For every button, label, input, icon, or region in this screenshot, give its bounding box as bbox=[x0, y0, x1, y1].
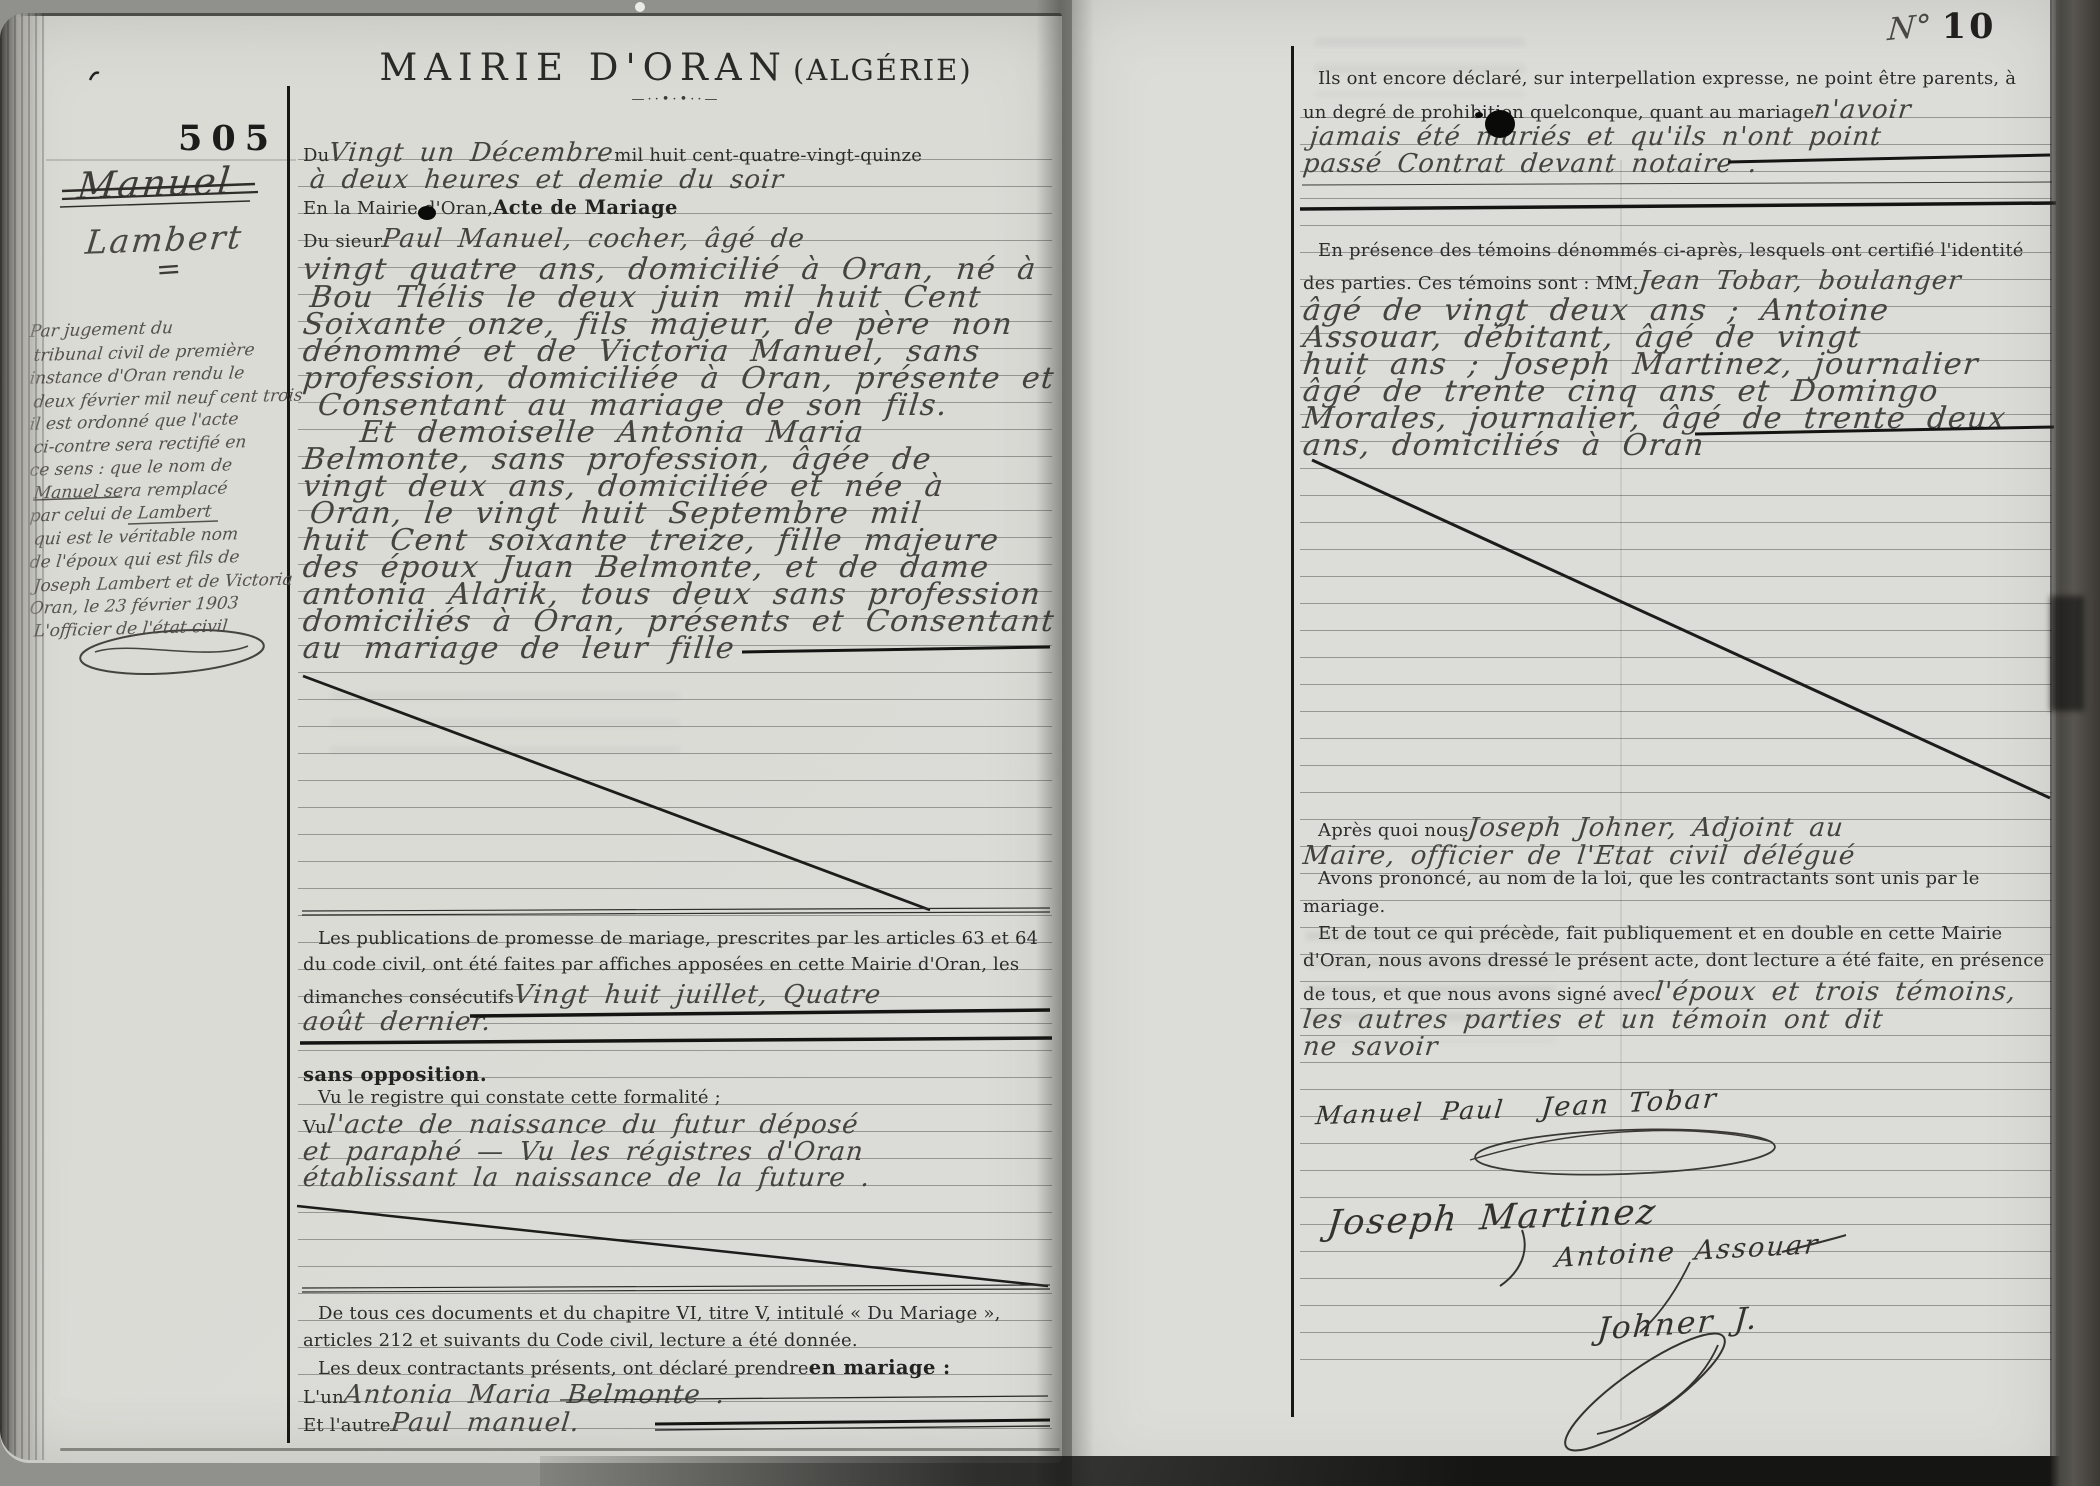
handwritten-text: Paul manuel. bbox=[389, 1408, 581, 1438]
handwritten-text: ne savoir bbox=[1301, 1032, 1439, 1062]
text-line: Avons prononcé, au nom de la loi, que le… bbox=[1318, 868, 1980, 889]
page-number: N° 10 bbox=[1888, 6, 1996, 47]
text-line: un degré de prohibition quelconque, quan… bbox=[1303, 95, 1912, 125]
margin-rule-right-page bbox=[1291, 46, 1294, 1417]
text-line: Après quoi nous Joseph Johner, Adjoint a… bbox=[1318, 813, 1844, 843]
mairie-title: MAIRIE D'ORAN bbox=[379, 46, 788, 89]
handwritten-text: passé Contrat devant notaire . bbox=[1301, 149, 1759, 179]
text-line: à deux heures et demie du soir bbox=[310, 165, 784, 195]
printed-text: En présence des témoins dénommés ci-aprè… bbox=[1318, 240, 2024, 261]
text-line: établissant la naissance de la future . bbox=[303, 1163, 870, 1193]
text-line: les autres parties et un témoin ont dit bbox=[1303, 1005, 1884, 1035]
printed-text: Avons prononcé, au nom de la loi, que le… bbox=[1318, 868, 1980, 889]
text-line: mariage. bbox=[1303, 896, 1385, 917]
text-line: sans opposition. bbox=[303, 1063, 487, 1086]
handwritten-text: n'avoir bbox=[1813, 95, 1914, 125]
page-number-value: 10 bbox=[1942, 6, 1997, 47]
printed-text: Ils ont encore déclaré, sur interpellati… bbox=[1318, 68, 2016, 89]
handwritten-text: établissant la naissance de la future . bbox=[301, 1163, 871, 1193]
printed-text: Et de tout ce qui précède, fait publique… bbox=[1318, 923, 2002, 944]
printed-text: des parties. Ces témoins sont : MM. bbox=[1303, 273, 1639, 294]
book-edge-blotch bbox=[2050, 596, 2084, 711]
text-line: au mariage de leur fille bbox=[303, 631, 735, 666]
text-line: de tous, et que nous avons signé avec l'… bbox=[1303, 977, 2016, 1007]
printed-text: Du sieur bbox=[303, 231, 382, 252]
printed-text: L'un bbox=[303, 1387, 344, 1408]
printed-text: un degré de prohibition quelconque, quan… bbox=[1303, 102, 1814, 123]
handwritten-text: les autres parties et un témoin ont dit bbox=[1301, 1005, 1885, 1035]
text-line: des parties. Ces témoins sont : MM. Jean… bbox=[1303, 266, 1961, 296]
text-line: Et de tout ce qui précède, fait publique… bbox=[1318, 923, 2002, 944]
text-line: En présence des témoins dénommés ci-aprè… bbox=[1318, 240, 2024, 261]
handwritten-text: Joseph Johner, Adjoint au bbox=[1467, 813, 1846, 843]
printed-text: en mariage : bbox=[809, 1356, 951, 1379]
printed-text: Après quoi nous bbox=[1318, 820, 1468, 841]
printed-text: mariage. bbox=[1303, 896, 1385, 917]
handwritten-text: ans, domiciliés à Oran bbox=[1301, 428, 1707, 463]
printed-text: de tous, et que nous avons signé avec bbox=[1303, 984, 1655, 1005]
text-line: De tous ces documents et du chapitre VI,… bbox=[318, 1303, 1001, 1324]
margin-rule-left-page bbox=[287, 86, 290, 1443]
page-number-prefix: N° bbox=[1886, 8, 1932, 48]
header-ornament: —··•·•··— bbox=[586, 92, 766, 107]
book-edge-right bbox=[2050, 0, 2100, 1486]
ink-bleedthrough bbox=[330, 692, 680, 772]
printed-text: Acte de Mariage bbox=[493, 196, 678, 219]
printed-text: sans opposition. bbox=[303, 1063, 487, 1086]
text-line: Vu l'acte de naissance du futur déposé bbox=[303, 1110, 858, 1140]
text-line: Du sieur Paul Manuel, cocher, âgé de bbox=[303, 224, 805, 254]
text-line: Vu le registre qui constate cette formal… bbox=[318, 1087, 721, 1108]
handwritten-text: jamais été mariés et qu'ils n'ont point bbox=[1308, 122, 1883, 152]
printed-text: du code civil, ont été faites par affich… bbox=[303, 954, 1019, 975]
margin-equals-mark: = bbox=[155, 251, 183, 288]
handwritten-text: Maire, officier de l'Etat civil délégué bbox=[1301, 841, 1856, 871]
text-line: Ils ont encore déclaré, sur interpellati… bbox=[1318, 68, 2016, 89]
printed-text: Vu le registre qui constate cette formal… bbox=[318, 1087, 721, 1108]
text-line: jamais été mariés et qu'ils n'ont point bbox=[1310, 122, 1882, 152]
text-line: du code civil, ont été faites par affich… bbox=[303, 954, 1019, 975]
handwritten-text: l'époux et trois témoins, bbox=[1654, 977, 2018, 1007]
text-line: articles 212 et suivants du Code civil, … bbox=[303, 1330, 858, 1351]
text-line: d'Oran, nous avons dressé le présent act… bbox=[1303, 950, 2044, 971]
text-line: L'un Antonia Maria Belmonte . bbox=[303, 1380, 725, 1410]
printed-text: d'Oran, nous avons dressé le présent act… bbox=[1303, 950, 2044, 971]
printed-text: articles 212 et suivants du Code civil, … bbox=[303, 1330, 858, 1351]
printed-text: Du bbox=[303, 145, 329, 166]
text-line: août dernier. bbox=[303, 1007, 491, 1037]
text-line: dimanches consécutifs Vingt huit juillet… bbox=[303, 980, 881, 1010]
page-title: MAIRIE D'ORAN (ALGÉRIE) bbox=[300, 46, 1052, 89]
handwritten-text: Vingt un Décembre bbox=[328, 138, 616, 168]
text-line: Les publications de promesse de mariage,… bbox=[318, 928, 1038, 949]
handwritten-text: l'acte de naissance du futur déposé bbox=[325, 1110, 860, 1140]
margin-note-line: Par jugement du bbox=[29, 318, 174, 342]
text-line: En la Mairie d'Oran, Acte de Mariage bbox=[303, 196, 678, 219]
scan-artifact bbox=[635, 2, 645, 12]
handwritten-text: Paul Manuel, cocher, âgé de bbox=[381, 224, 807, 254]
text-line: Du Vingt un Décembre mil huit cent-quatr… bbox=[303, 138, 922, 168]
handwritten-text: à deux heures et demie du soir bbox=[308, 165, 785, 195]
printed-text: Les deux contractants présents, ont décl… bbox=[318, 1358, 809, 1379]
handwritten-text: au mariage de leur fille bbox=[301, 631, 737, 666]
handwritten-text: Jean Tobar, boulanger bbox=[1637, 266, 1963, 296]
text-line: Et l'autre Paul manuel. bbox=[303, 1408, 579, 1438]
printed-text: De tous ces documents et du chapitre VI,… bbox=[318, 1303, 1001, 1324]
handwritten-text: Vingt huit juillet, Quatre bbox=[513, 980, 883, 1010]
text-line: passé Contrat devant notaire . bbox=[1303, 149, 1758, 179]
text-line: ne savoir bbox=[1303, 1032, 1438, 1062]
handwritten-text: Antonia Maria Belmonte . bbox=[342, 1380, 726, 1410]
printed-text: mil huit cent-quatre-vingt-quinze bbox=[614, 145, 922, 166]
handwritten-text: août dernier. bbox=[301, 1007, 493, 1037]
text-line: Maire, officier de l'Etat civil délégué bbox=[1303, 841, 1855, 871]
printed-text: Les publications de promesse de mariage,… bbox=[318, 928, 1038, 949]
book-binding-left bbox=[0, 13, 46, 1460]
margin-name-struck: Manuel bbox=[75, 159, 234, 207]
mairie-region: (ALGÉRIE) bbox=[793, 53, 973, 87]
printed-text: En la Mairie d'Oran, bbox=[303, 198, 493, 219]
printed-text: dimanches consécutifs bbox=[303, 987, 514, 1008]
page-bottom-edge bbox=[60, 1448, 1060, 1451]
page-gutter bbox=[1036, 0, 1094, 1486]
text-line: Les deux contractants présents, ont décl… bbox=[318, 1356, 951, 1379]
book-edge-bottom bbox=[540, 1456, 2100, 1486]
text-line: ans, domiciliés à Oran bbox=[1303, 428, 1705, 463]
printed-text: Vu bbox=[303, 1117, 327, 1138]
printed-text: Et l'autre bbox=[303, 1415, 391, 1436]
document-scan: MAIRIE D'ORAN (ALGÉRIE) —··•·•··— 505 Ma… bbox=[0, 0, 2100, 1486]
act-number: 505 bbox=[178, 118, 278, 159]
